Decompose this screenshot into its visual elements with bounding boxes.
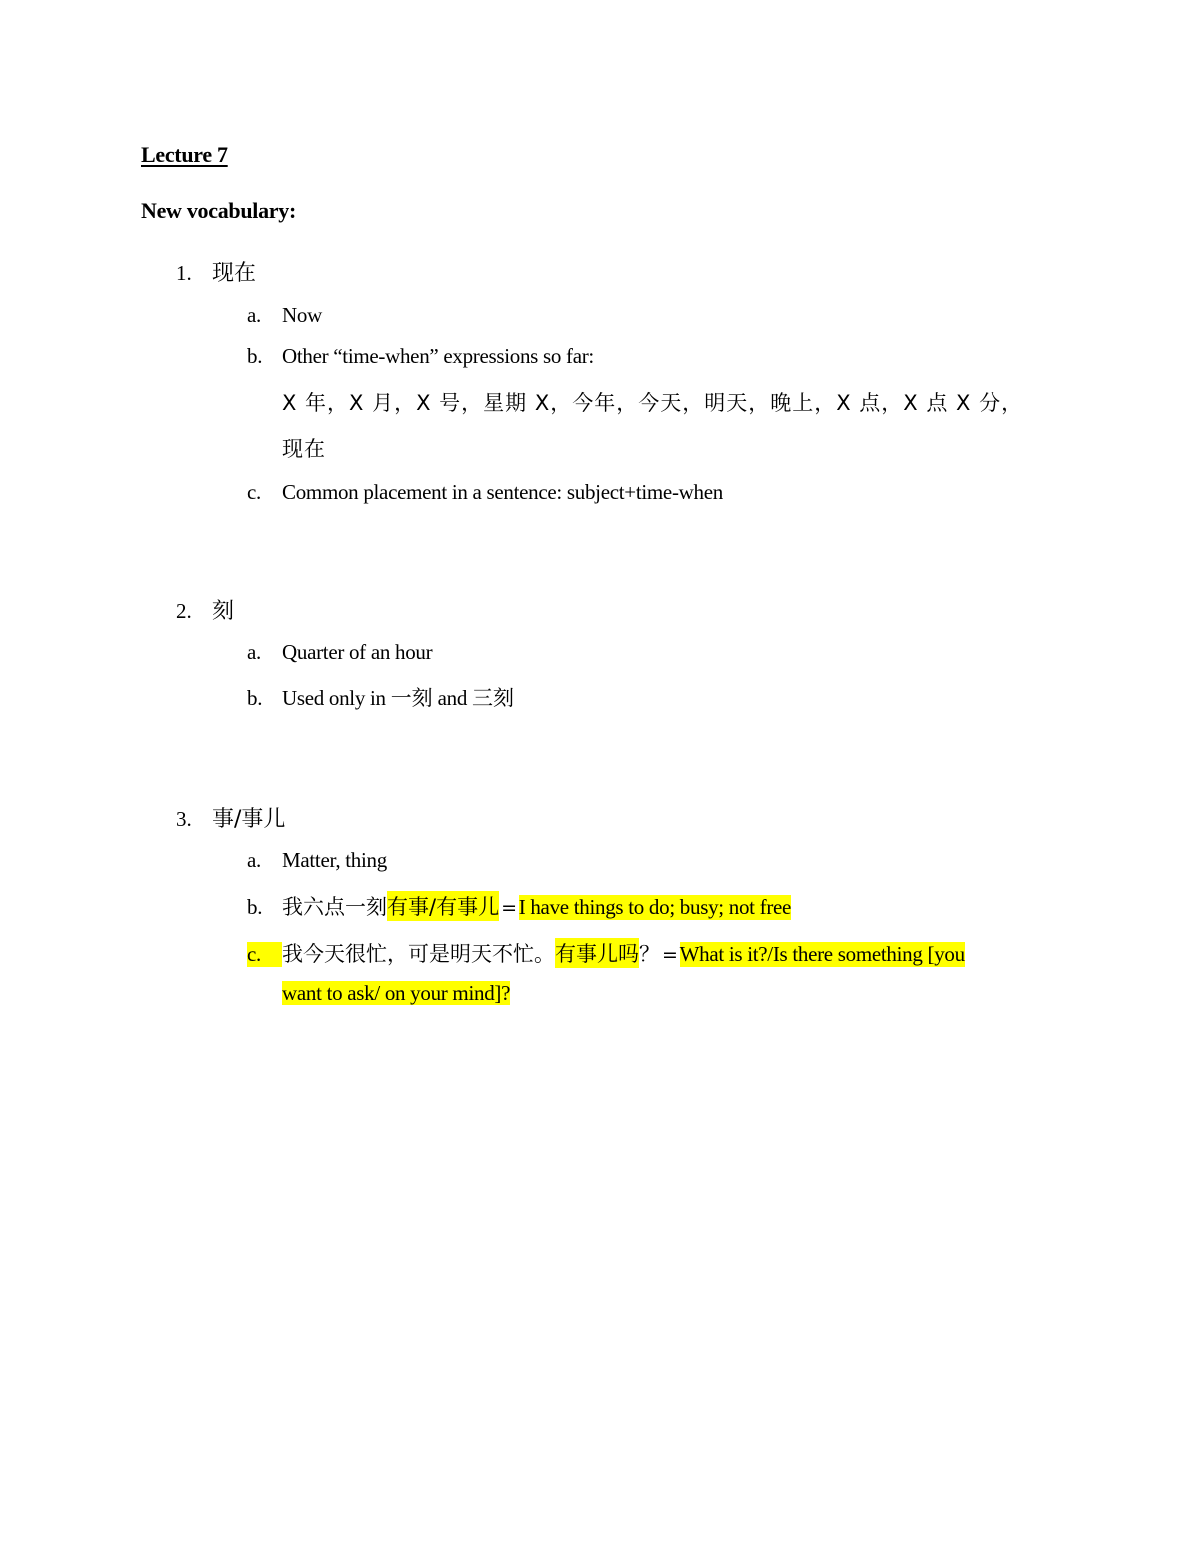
time-expressions-line-2: 现在 [282,433,326,463]
vocab-item-3: 3. 事/事儿 [176,802,285,833]
highlighted-phrase: 有事/有事儿 [387,891,499,921]
subitem-marker: a. [247,848,282,873]
subitem-text: and [433,686,472,711]
vocab-3-subitem-c: c. 我今天很忙，可是明天不忙。 有事儿吗 ？ = What is it?/Is… [247,938,965,968]
vocab-1-subitem-b: b. Other “time-when” expressions so far: [247,344,594,369]
subitem-marker: b. [247,895,282,920]
cjk-example: 三刻 [472,682,514,712]
subitem-marker: a. [247,303,282,328]
vocab-item-2: 2. 刻 [176,594,234,625]
vocab-term: 现在 [212,256,256,287]
subitem-text: Now [282,303,322,328]
equals-sign: = [501,897,517,919]
time-expressions-line-1: X 年，X 月，X 号，星期 X，今年，今天，明天，晚上，X 点，X 点 X 分… [282,387,1023,417]
vocab-3-subitem-b: b. 我六点一刻 有事/有事儿 = I have things to do; b… [247,891,791,921]
example-sentence: 我六点一刻 [282,891,387,921]
subitem-marker: a. [247,640,282,665]
subitem-marker: c. [247,480,282,505]
highlighted-phrase: 有事儿吗 [555,938,639,968]
item-number: 2. [176,599,212,624]
highlighted-meaning: want to ask/ on your mind]? [282,981,510,1005]
cjk-example: 一刻 [391,682,433,712]
section-heading: New vocabulary: [141,198,296,224]
subitem-marker: b. [247,686,282,711]
highlighted-meaning: What is it?/Is there something [you [680,942,965,967]
subitem-text: Other “time-when” expressions so far: [282,344,594,369]
meaning-continuation: want to ask/ on your mind]? [282,981,510,1006]
vocab-term: 刻 [212,594,234,625]
vocab-term: 事/事儿 [212,802,285,833]
vocab-2-subitem-a: a. Quarter of an hour [247,640,432,665]
item-number: 1. [176,261,212,286]
vocab-1-subitem-c: c. Common placement in a sentence: subje… [247,480,723,505]
subitem-marker: c. [247,942,282,967]
example-sentence: 我今天很忙，可是明天不忙。 [282,938,555,968]
subitem-text: Used only in [282,686,391,711]
vocab-item-1: 1. 现在 [176,256,256,287]
vocab-3-subitem-a: a. Matter, thing [247,848,387,873]
item-number: 3. [176,807,212,832]
subitem-marker: b. [247,344,282,369]
subitem-text: Common placement in a sentence: subject+… [282,480,723,505]
subitem-text: Quarter of an hour [282,640,432,665]
highlighted-meaning: I have things to do; busy; not free [519,895,791,920]
question-mark: ？ [639,938,660,968]
document-page: Lecture 7 New vocabulary: 1. 现在 a. Now b… [0,0,1200,1553]
document-title: Lecture 7 [141,142,228,168]
vocab-1-subitem-a: a. Now [247,303,322,328]
subitem-text: Matter, thing [282,848,387,873]
vocab-2-subitem-b: b. Used only in 一刻 and 三刻 [247,682,514,712]
equals-sign: = [662,944,678,966]
